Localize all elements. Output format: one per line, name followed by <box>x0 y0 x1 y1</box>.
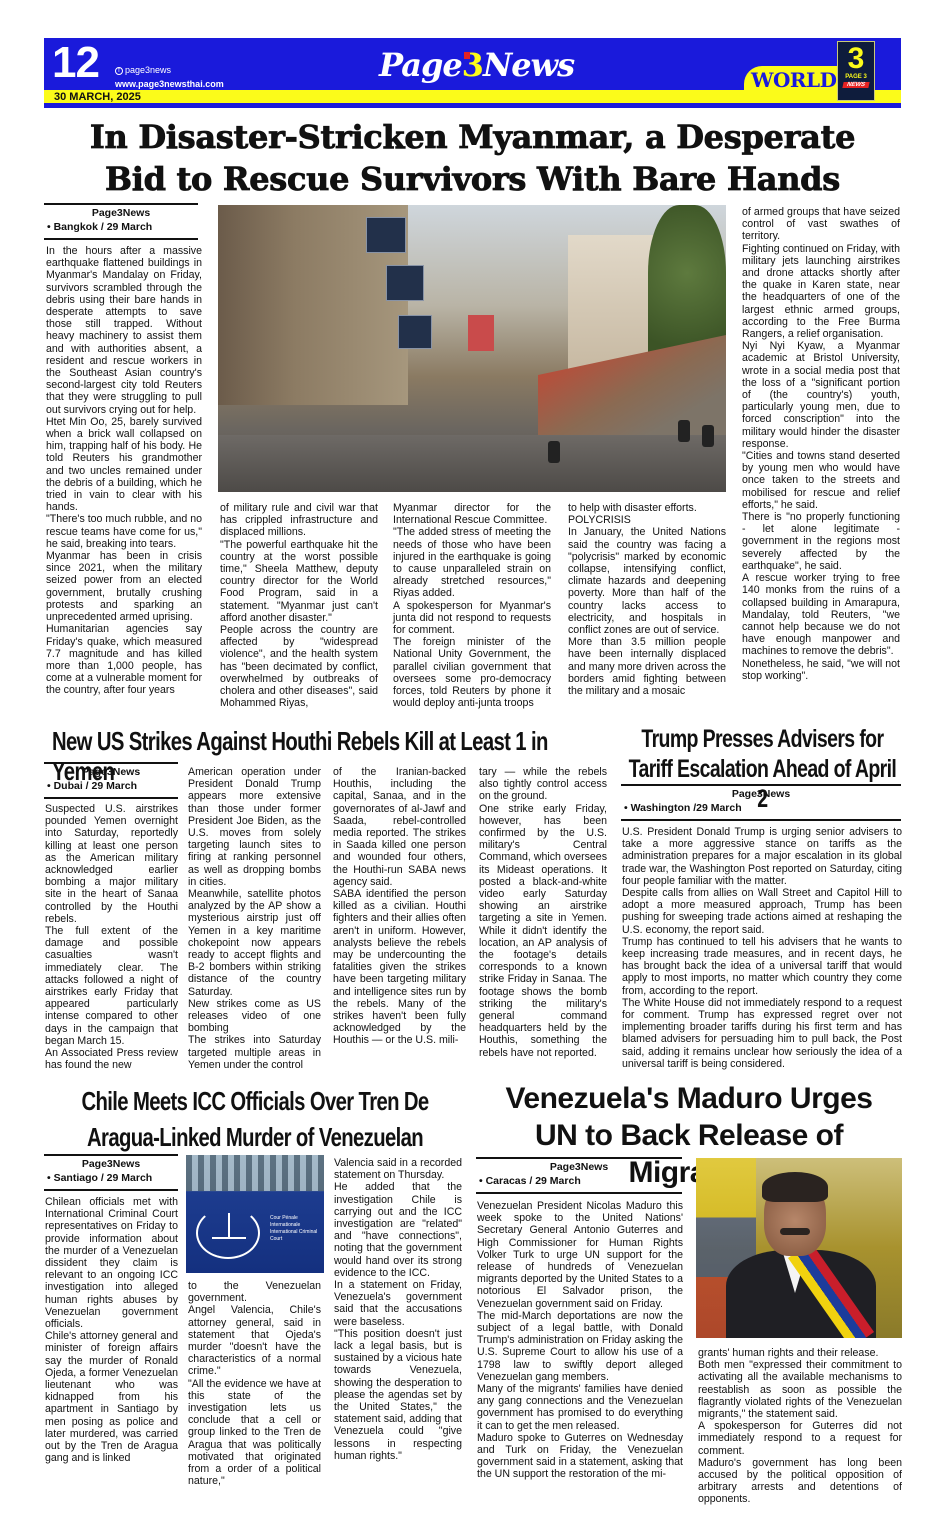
shop-sign <box>468 315 494 351</box>
paragraph: "All the evidence we have at this state … <box>188 1378 321 1488</box>
subheading-polycrisis: POLYCRISIS <box>568 514 726 526</box>
byline-source: Page3News <box>47 1158 175 1171</box>
chile-col-1: Chilean officials met with International… <box>45 1196 178 1464</box>
subheading: New strikes come as US releases video of… <box>188 998 321 1035</box>
chile-byline: Page3News • Santiago / 29 March <box>44 1154 178 1191</box>
paragraph: to help with disaster efforts. <box>568 502 726 514</box>
paragraph: "Cities and towns stand deserted by youn… <box>742 450 900 511</box>
yemen-byline: Page3News • Dubai / 29 March <box>44 762 178 799</box>
paragraph: American operation under President Donal… <box>188 766 321 888</box>
myanmar-col-3: Myanmar director for the International R… <box>393 502 551 709</box>
issue-date: 30 MARCH, 2025 <box>54 91 141 103</box>
trump-headline-line1: Trump Presses Advisers for <box>622 724 903 754</box>
paragraph: Despite calls from allies on Wall Street… <box>622 887 902 936</box>
byline-dateline: • Bangkok / 29 March <box>47 220 195 234</box>
paragraph: of the Iranian-backed Houthis, including… <box>333 766 466 888</box>
paragraph: Chile's attorney general and minister of… <box>45 1330 178 1464</box>
paragraph: Htet Min Oo, 25, barely survived when a … <box>46 416 202 514</box>
paragraph: A rescue worker trying to free 140 monks… <box>742 572 900 657</box>
solar-panel <box>366 217 406 253</box>
byline-source: Page3News <box>47 207 195 220</box>
paragraph: to the Venezuelan government. <box>188 1280 321 1304</box>
paragraph: "The powerful earthquake hit the country… <box>220 539 378 624</box>
paragraph: tary — while the rebels also tightly con… <box>479 766 607 803</box>
paragraph: Venezuelan President Nicolas Maduro this… <box>477 1200 683 1310</box>
paragraph: The White House did not immediately resp… <box>622 997 902 1070</box>
myanmar-col-5: of armed groups that have seized control… <box>742 206 900 682</box>
masthead: 12 fpage3news www.page3newsthai.com 30 M… <box>44 38 901 108</box>
paragraph: Both men "expressed their commitment to … <box>698 1359 902 1420</box>
paragraph: An Associated Press review has found the… <box>45 1047 178 1071</box>
paragraph: grants' human rights and their release. <box>698 1347 902 1359</box>
paragraph: of military rule and civil war that has … <box>220 502 378 539</box>
paragraph: "This position doesn't just lack a legal… <box>334 1328 462 1462</box>
paragraph: Chilean officials met with International… <box>45 1196 178 1330</box>
logo-three: 3 <box>462 46 483 84</box>
paragraph: The mid-March deportations are now the s… <box>477 1310 683 1383</box>
paragraph: "The added stress of meeting the needs o… <box>393 526 551 599</box>
chile-col-3: Valencia said in a recorded statement on… <box>334 1157 462 1462</box>
yemen-col-3: of the Iranian-backed Houthis, including… <box>333 766 466 1047</box>
paragraph: Nyi Nyi Kyaw, a Myanmar academic at Bris… <box>742 340 900 450</box>
chile-col-2: to the Venezuelan government. Angel Vale… <box>188 1280 321 1487</box>
portrait-mustache <box>780 1228 810 1235</box>
solar-panel <box>386 265 424 301</box>
trump-byline: Page3News • Washington /29 March <box>621 784 901 821</box>
paragraph: Maduro's government has long been accuse… <box>698 1457 902 1506</box>
myanmar-headline-line2: Bid to Rescue Survivors With Bare Hands <box>44 158 901 200</box>
byline-dateline: • Washington /29 March <box>624 801 898 815</box>
byline-dateline: • Santiago / 29 March <box>47 1171 175 1185</box>
badge-number: 3 <box>838 44 874 74</box>
paragraph: Valencia said in a recorded statement on… <box>334 1157 462 1181</box>
paragraph: Many of the migrants' families have deni… <box>477 1383 683 1432</box>
website-link[interactable]: www.page3newsthai.com <box>115 79 224 89</box>
icc-sign-text: Cour Pénale Internationale International… <box>270 1215 320 1243</box>
paragraph: The strikes into Saturday targeted multi… <box>188 1034 321 1071</box>
portrait-hair <box>762 1172 828 1202</box>
paragraph: Suspected U.S. airstrikes pounded Yemen … <box>45 803 178 925</box>
myanmar-byline: Page3News • Bangkok / 29 March <box>44 203 198 240</box>
page3-badge-icon: 3 PAGE 3 NEWS <box>837 41 875 101</box>
byline-source: Page3News <box>624 788 898 801</box>
motorbike <box>678 420 690 442</box>
logo-text-right: News <box>483 46 574 84</box>
venezuela-byline: Page3News • Caracas / 29 March <box>476 1157 682 1194</box>
myanmar-col-1: In the hours after a massive earthquake … <box>46 245 202 697</box>
paragraph: Myanmar has been in crisis since 2021, w… <box>46 550 202 623</box>
chile-headline-line1: Chile Meets ICC Officials Over Tren De <box>46 1083 464 1119</box>
section-label: WORLD <box>751 68 836 92</box>
photo-road <box>218 435 726 492</box>
paragraph: The full extent of the damage and possib… <box>45 925 178 1047</box>
byline-source: Page3News <box>47 766 175 779</box>
yemen-col-2: American operation under President Donal… <box>188 766 321 1071</box>
paragraph: In January, the United Nations said the … <box>568 526 726 636</box>
myanmar-headline: In Disaster-Stricken Myanmar, a Desperat… <box>44 116 901 200</box>
paragraph: A spokesperson for Myanmar's junta did n… <box>393 600 551 637</box>
yemen-col-1: Suspected U.S. airstrikes pounded Yemen … <box>45 803 178 1071</box>
icc-photo: Cour Pénale Internationale International… <box>186 1155 324 1273</box>
paragraph: Nonetheless, he said, "we will not stop … <box>742 658 900 682</box>
paragraph: "There's too much rubble, and no rescue … <box>46 513 202 550</box>
maduro-photo <box>696 1158 902 1338</box>
paragraph: Fighting continued on Friday, with milit… <box>742 243 900 341</box>
myanmar-col-4: to help with disaster efforts. POLYCRISI… <box>568 502 726 697</box>
paragraph: Meanwhile, satellite photos analyzed by … <box>188 888 321 998</box>
paragraph: Humanitarian agencies say Friday's quake… <box>46 623 202 696</box>
byline-source: Page3News <box>479 1161 679 1174</box>
motorbike <box>702 425 714 447</box>
paragraph: In the hours after a massive earthquake … <box>46 245 202 416</box>
byline-dateline: • Dubai / 29 March <box>47 779 175 793</box>
paragraph: The foreign minister of the National Uni… <box>393 636 551 709</box>
yemen-col-4: tary — while the rebels also tightly con… <box>479 766 607 1059</box>
paragraph: He added that the investigation Chile is… <box>334 1181 462 1279</box>
scales-of-justice-icon <box>212 1213 246 1239</box>
byline-dateline: • Caracas / 29 March <box>479 1174 679 1188</box>
trump-body: U.S. President Donald Trump is urging se… <box>622 826 902 1070</box>
paragraph: More than 3.5 million people have been i… <box>568 636 726 697</box>
paragraph: of armed groups that have seized control… <box>742 206 900 243</box>
paragraph: People across the country are affected b… <box>220 624 378 709</box>
logo-text-left: Page <box>379 46 462 84</box>
paragraph: Trump has continued to tell his advisers… <box>622 936 902 997</box>
paragraph: SABA identified the person killed as a c… <box>333 888 466 1047</box>
venezuela-col-1: Venezuelan President Nicolas Maduro this… <box>477 1200 683 1481</box>
venezuela-col-2: grants' human rights and their release. … <box>698 1347 902 1506</box>
paragraph: In a statement on Friday, Venezuela's go… <box>334 1279 462 1328</box>
paragraph: Myanmar director for the International R… <box>393 502 551 526</box>
myanmar-headline-line1: In Disaster-Stricken Myanmar, a Desperat… <box>44 116 901 158</box>
badge-news: NEWS <box>842 82 869 88</box>
solar-panel <box>398 315 432 349</box>
motorbike <box>548 441 560 463</box>
facebook-handle: page3news <box>125 65 171 75</box>
icc-building <box>186 1155 324 1191</box>
earthquake-photo <box>218 205 726 492</box>
paragraph: One strike early Friday, however, has be… <box>479 803 607 1059</box>
facebook-link[interactable]: fpage3news <box>115 65 171 75</box>
badge-text: PAGE 3 <box>838 74 874 80</box>
page3news-logo: Page3News <box>379 46 574 84</box>
myanmar-col-2: of military rule and civil war that has … <box>220 502 378 709</box>
masthead-bottom-rule <box>44 103 901 108</box>
paragraph: A spokesperson for Guterres did not imme… <box>698 1420 902 1457</box>
paragraph: U.S. President Donald Trump is urging se… <box>622 826 902 887</box>
facebook-icon: f <box>115 67 123 75</box>
paragraph: There is "no properly functioning - let … <box>742 511 900 572</box>
venezuela-headline-line1: Venezuela's Maduro Urges <box>474 1080 904 1117</box>
page-number: 12 <box>52 40 99 86</box>
paragraph: Maduro spoke to Guterres on Wednesday an… <box>477 1432 683 1481</box>
paragraph: Angel Valencia, Chile's attorney general… <box>188 1304 321 1377</box>
